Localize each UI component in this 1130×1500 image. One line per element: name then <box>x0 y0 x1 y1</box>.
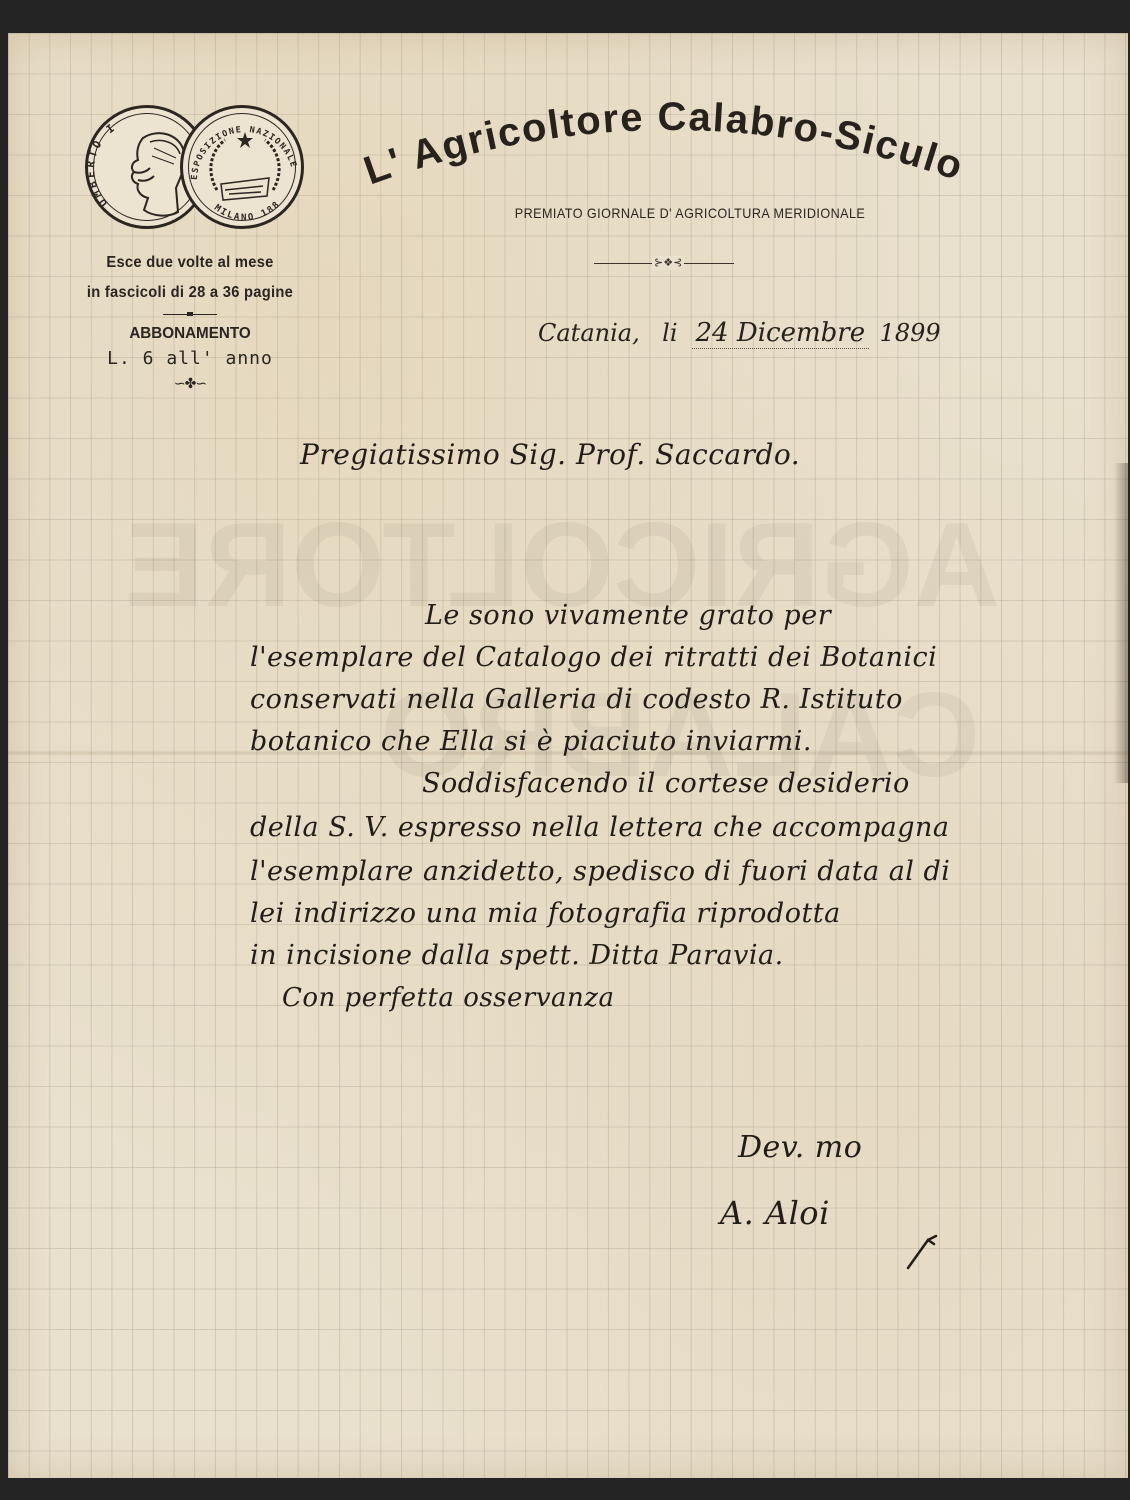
subscription-price: L. 6 all' anno <box>60 347 320 371</box>
svg-text:MILANO 1881: MILANO 1881 <box>183 108 283 223</box>
medal-exposition-icon: ESPOSIZIONE NAZIONALE MILANO 1881 <box>180 105 304 229</box>
body-line: botanico che Ella si è piaciuto inviarmi… <box>250 726 812 757</box>
dateline-prefix: li <box>662 319 677 347</box>
svg-text:ESPOSIZIONE NAZIONALE: ESPOSIZIONE NAZIONALE <box>190 125 299 180</box>
letterhead-medals: UMBERTO I ESPOSIZIONE NAZIONALE MILANO 1… <box>85 105 320 235</box>
body-line: conservati nella Galleria di codesto R. … <box>250 684 903 715</box>
flourish-ornament-icon: ∽✤∽ <box>60 375 320 391</box>
subscription-label: ABBONAMENTO <box>67 321 314 347</box>
signoff: Dev. mo <box>738 1130 862 1165</box>
dateline-year: 1899 <box>880 319 941 347</box>
medal-right-inscription-bottom: MILANO 1881 <box>183 108 283 223</box>
signature-flourish-icon <box>900 1232 960 1272</box>
body-line: l'esemplare del Catalogo dei ritratti de… <box>250 642 937 673</box>
paper-edge-shadow <box>1114 463 1128 783</box>
medal-left-inscription: UMBERTO I <box>88 120 119 210</box>
frequency-text: Esce due volte al mese <box>70 248 309 278</box>
body-line: in incisione dalla spett. Ditta Paravia. <box>250 940 784 971</box>
masthead: L' Agricoltore Calabro-Siculo <box>360 95 980 185</box>
ornament-icon: ⊱❖⊰ <box>652 256 684 270</box>
body-line: Le sono vivamente grato per <box>425 600 831 631</box>
body-line: Soddisfacendo il cortese desiderio <box>422 768 910 799</box>
salutation: Pregiatissimo Sig. Prof. Saccardo. <box>300 438 800 471</box>
dateline-day-month: 24 Dicembre <box>692 318 870 349</box>
publication-info: Esce due volte al mese in fascicoli di 2… <box>60 248 320 391</box>
pages-text: in fascicoli di 28 a 36 pagine <box>70 278 309 308</box>
signature: A. Aloi <box>720 1194 830 1232</box>
body-line: della S. V. espresso nella lettera che a… <box>250 812 950 843</box>
separator-rule <box>163 314 217 315</box>
closing: Con perfetta osservanza <box>282 983 614 1013</box>
dateline: Catania, li24 Dicembre 1899 <box>538 318 941 348</box>
dateline-place: Catania, <box>538 319 640 347</box>
medal-right-inscription-top: ESPOSIZIONE NAZIONALE <box>190 125 299 180</box>
body-line: l'esemplare anzidetto, spedisco di fuori… <box>250 856 950 887</box>
svg-text:UMBERTO I: UMBERTO I <box>88 120 119 210</box>
body-line: lei indirizzo una mia fotografia riprodo… <box>250 898 841 929</box>
masthead-title: L' Agricoltore Calabro-Siculo <box>358 95 968 193</box>
masthead-subtitle: PREMIATO GIORNALE D' AGRICOLTURA MERIDIO… <box>447 205 933 221</box>
svg-text:L' Agricoltore Calabro-Siculo: L' Agricoltore Calabro-Siculo <box>358 95 968 193</box>
